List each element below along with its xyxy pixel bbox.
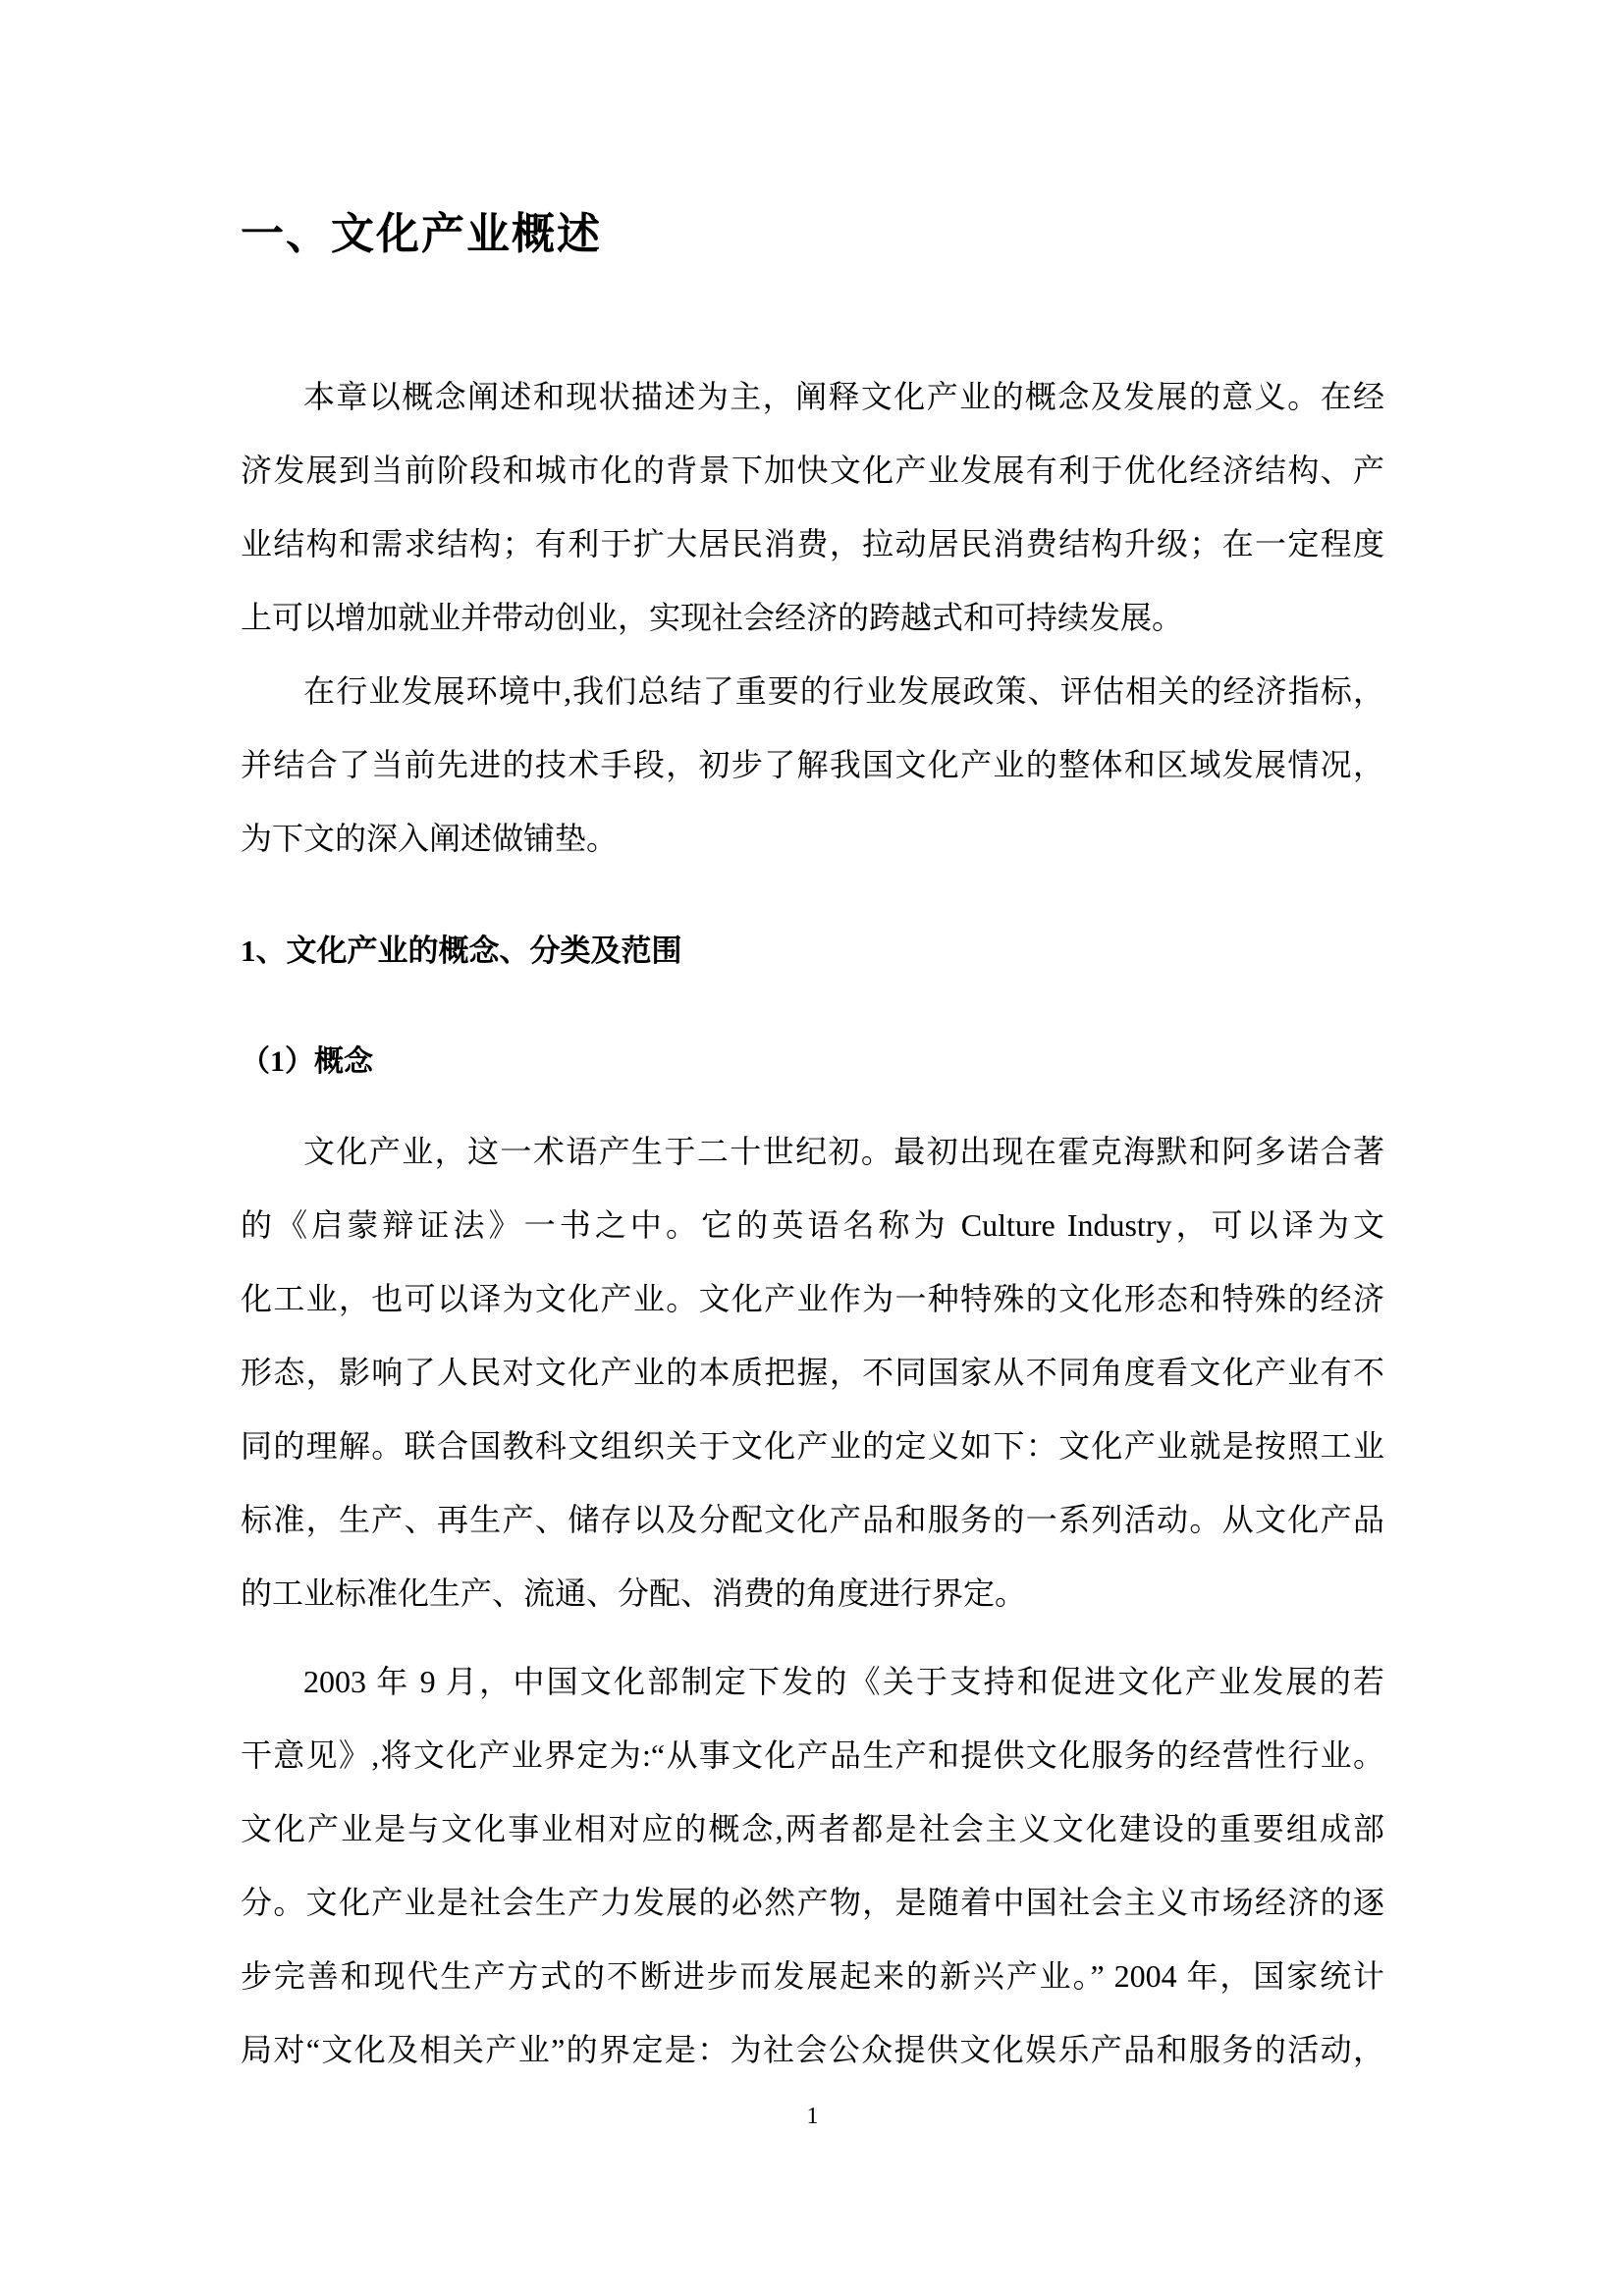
paragraph-line: 济发展到当前阶段和城市化的背景下加快文化产业发展有利于优化经济结构、产 <box>241 434 1384 507</box>
paragraph-line: 同的理解。联合国教科文组织关于文化产业的定义如下：文化产业就是按照工业 <box>241 1410 1384 1483</box>
paragraph-line: 2003 年 9 月，中国文化部制定下发的《关于支持和促进文化产业发展的若 <box>241 1645 1384 1719</box>
paragraph-line: 在行业发展环境中,我们总结了重要的行业发展政策、评估相关的经济指标， <box>241 655 1384 728</box>
industry-environment-paragraph: 在行业发展环境中,我们总结了重要的行业发展政策、评估相关的经济指标， 并结合了当… <box>241 655 1384 876</box>
intro-paragraph: 本章以概念阐述和现状描述为主，阐释文化产业的概念及发展的意义。在经 济发展到当前… <box>241 360 1384 655</box>
ministry-definition-paragraph: 2003 年 9 月，中国文化部制定下发的《关于支持和促进文化产业发展的若 干意… <box>241 1645 1384 2087</box>
page-footer: 1 <box>241 2102 1384 2131</box>
paragraph-line: 化工业，也可以译为文化产业。文化产业作为一种特殊的文化形态和特殊的经济 <box>241 1262 1384 1336</box>
paragraph-line: 步完善和现代生产方式的不断进步而发展起来的新兴产业。” 2004 年，国家统计 <box>241 1940 1384 2013</box>
paragraph-line: 的工业标准化生产、流通、分配、消费的角度进行界定。 <box>241 1557 1384 1630</box>
paragraph-line: 为下文的深入阐述做铺垫。 <box>241 802 1384 876</box>
document-page: 一、文化产业概述 本章以概念阐述和现状描述为主，阐释文化产业的概念及发展的意义。… <box>0 0 1624 2296</box>
paragraph-line: 的《启蒙辩证法》一书之中。它的英语名称为 Culture Industry，可以… <box>241 1189 1384 1262</box>
paragraph-line: 局对“文化及相关产业”的界定是：为社会公众提供文化娱乐产品和服务的活动， <box>241 2013 1384 2087</box>
paragraph-line: 本章以概念阐述和现状描述为主，阐释文化产业的概念及发展的意义。在经 <box>241 360 1384 434</box>
section-heading: 1、文化产业的概念、分类及范围 <box>241 930 1384 973</box>
subsection-heading: （1）概念 <box>241 1041 1384 1083</box>
paragraph-line: 文化产业，这一术语产生于二十世纪初。最初出现在霍克海默和阿多诺合著 <box>241 1115 1384 1189</box>
document-title: 一、文化产业概述 <box>241 206 1384 262</box>
paragraph-line: 分。文化产业是社会生产力发展的必然产物，是随着中国社会主义市场经济的逐 <box>241 1866 1384 1940</box>
paragraph-line: 形态，影响了人民对文化产业的本质把握，不同国家从不同角度看文化产业有不 <box>241 1336 1384 1410</box>
paragraph-line: 标准，生产、再生产、储存以及分配文化产品和服务的一系列活动。从文化产品 <box>241 1483 1384 1557</box>
concept-paragraph: 文化产业，这一术语产生于二十世纪初。最初出现在霍克海默和阿多诺合著 的《启蒙辩证… <box>241 1115 1384 1630</box>
paragraph-line: 文化产业是与文化事业相对应的概念,两者都是社会主义文化建设的重要组成部 <box>241 1792 1384 1866</box>
page-number: 1 <box>807 2104 819 2129</box>
paragraph-line: 干意见》,将文化产业界定为:“从事文化产品生产和提供文化服务的经营性行业。 <box>241 1719 1384 1792</box>
paragraph-line: 业结构和需求结构；有利于扩大居民消费，拉动居民消费结构升级；在一定程度 <box>241 507 1384 581</box>
paragraph-line: 并结合了当前先进的技术手段，初步了解我国文化产业的整体和区域发展情况， <box>241 728 1384 802</box>
paragraph-line: 上可以增加就业并带动创业，实现社会经济的跨越式和可持续发展。 <box>241 581 1384 655</box>
